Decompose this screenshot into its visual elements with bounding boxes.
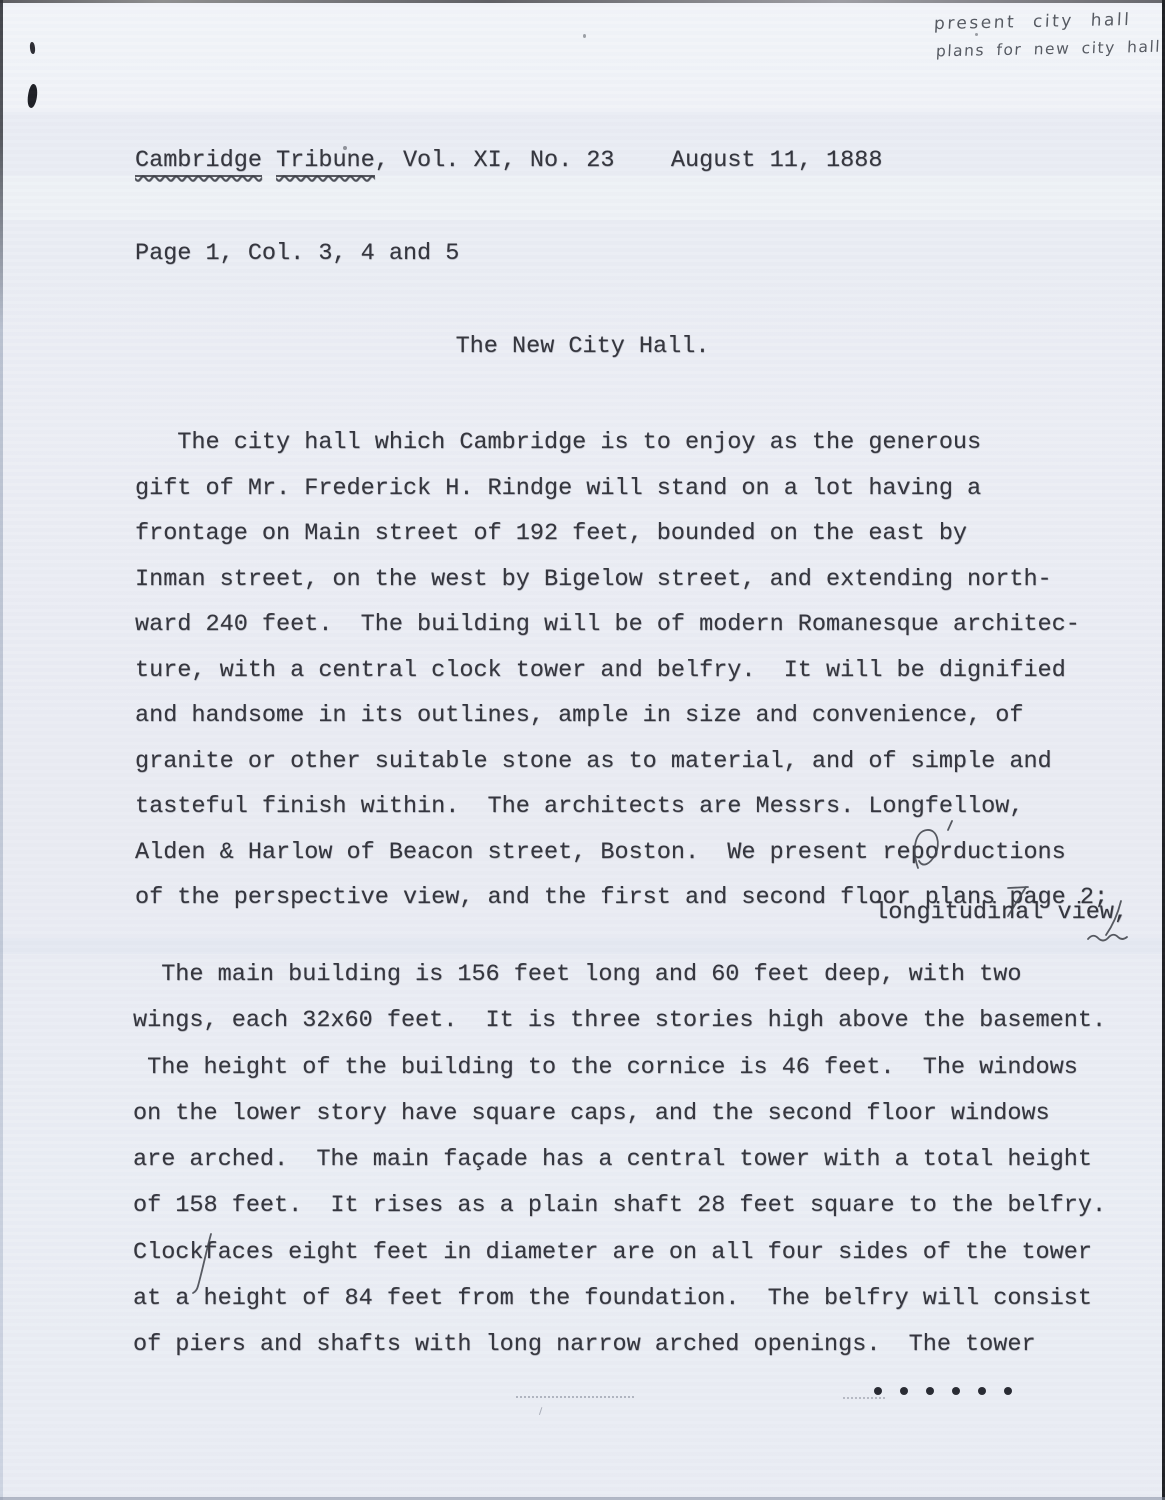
header-space — [262, 147, 276, 174]
ink-speck — [26, 83, 39, 108]
handwritten-annotation-line2: plans for new city hall — [936, 38, 1162, 61]
typed-line: Alden & Harlow of Beacon street, Boston.… — [135, 830, 1108, 876]
typed-line: The height of the building to the cornic… — [133, 1045, 1106, 1091]
header-gap — [615, 147, 671, 174]
ellipsis-dot — [900, 1387, 908, 1395]
typed-line: Inman street, on the west by Bigelow str… — [135, 557, 1108, 603]
typed-line: and handsome in its outlines, ample in s… — [135, 693, 1108, 739]
ellipsis-dot — [978, 1387, 986, 1395]
ellipsis-dot — [952, 1387, 960, 1395]
typed-line: wings, each 32x60 feet. It is three stor… — [133, 998, 1106, 1044]
scan-artifact-dashes — [843, 1397, 885, 1399]
typed-line: tasteful finish within. The architects a… — [135, 784, 1108, 830]
article-title: The New City Hall. — [0, 331, 1165, 363]
scan-artifact-dashes — [516, 1396, 634, 1398]
ellipsis-dot — [874, 1387, 882, 1395]
issue-info: , Vol. XI, No. 23 — [375, 147, 615, 174]
typed-line: The city hall which Cambridge is to enjo… — [135, 420, 1108, 466]
issue-date: August 11, 1888 — [671, 147, 883, 174]
paragraph-2: The main building is 156 feet long and 6… — [133, 952, 1106, 1369]
typed-line: The main building is 156 feet long and 6… — [133, 952, 1106, 998]
typed-line: granite or other suitable stone as to ma… — [135, 739, 1108, 785]
typed-line: of piers and shafts with long narrow arc… — [133, 1322, 1106, 1368]
paragraph-1: The city hall which Cambridge is to enjo… — [135, 420, 1108, 921]
scan-edge-top — [0, 0, 1165, 3]
scanned-document-page: present city hall plans for new city hal… — [0, 0, 1165, 1500]
scan-edge-left — [0, 0, 3, 1500]
typed-line: Clockfaces eight feet in diameter are on… — [133, 1230, 1106, 1276]
ellipsis-dot — [1004, 1387, 1012, 1395]
typed-line: on the lower story have square caps, and… — [133, 1091, 1106, 1137]
typed-line: ward 240 feet. The building will be of m… — [135, 602, 1108, 648]
typed-line: of 158 feet. It rises as a plain shaft 2… — [133, 1183, 1106, 1229]
publication-name-part1: Cambridge — [135, 147, 262, 177]
publication-name-part2: Tribune — [276, 147, 375, 177]
ink-speck — [29, 42, 35, 54]
header-line: Cambridge Tribune, Vol. XI, No. 23 Augus… — [135, 145, 882, 177]
typed-line: gift of Mr. Frederick H. Rindge will sta… — [135, 466, 1108, 512]
ellipsis-dot — [926, 1387, 934, 1395]
typed-line: at a height of 84 feet from the foundati… — [133, 1276, 1106, 1322]
typed-insert-line: longitudinal view, — [0, 897, 1128, 929]
scan-artifact-mark — [539, 1407, 548, 1417]
typed-ellipsis-dots — [874, 1382, 1030, 1400]
typed-line: are arched. The main façade has a centra… — [133, 1137, 1106, 1183]
ink-speck — [583, 34, 586, 38]
scan-light-band — [0, 176, 1165, 220]
page-reference: Page 1, Col. 3, 4 and 5 — [135, 238, 459, 270]
ink-speck — [975, 33, 978, 36]
handwritten-annotation-line1: present city hall — [934, 10, 1132, 34]
ink-speck — [343, 146, 347, 150]
wavy-underline-mark — [1088, 935, 1127, 941]
typed-line: frontage on Main street of 192 feet, bou… — [135, 511, 1108, 557]
typed-line: ture, with a central clock tower and bel… — [135, 648, 1108, 694]
